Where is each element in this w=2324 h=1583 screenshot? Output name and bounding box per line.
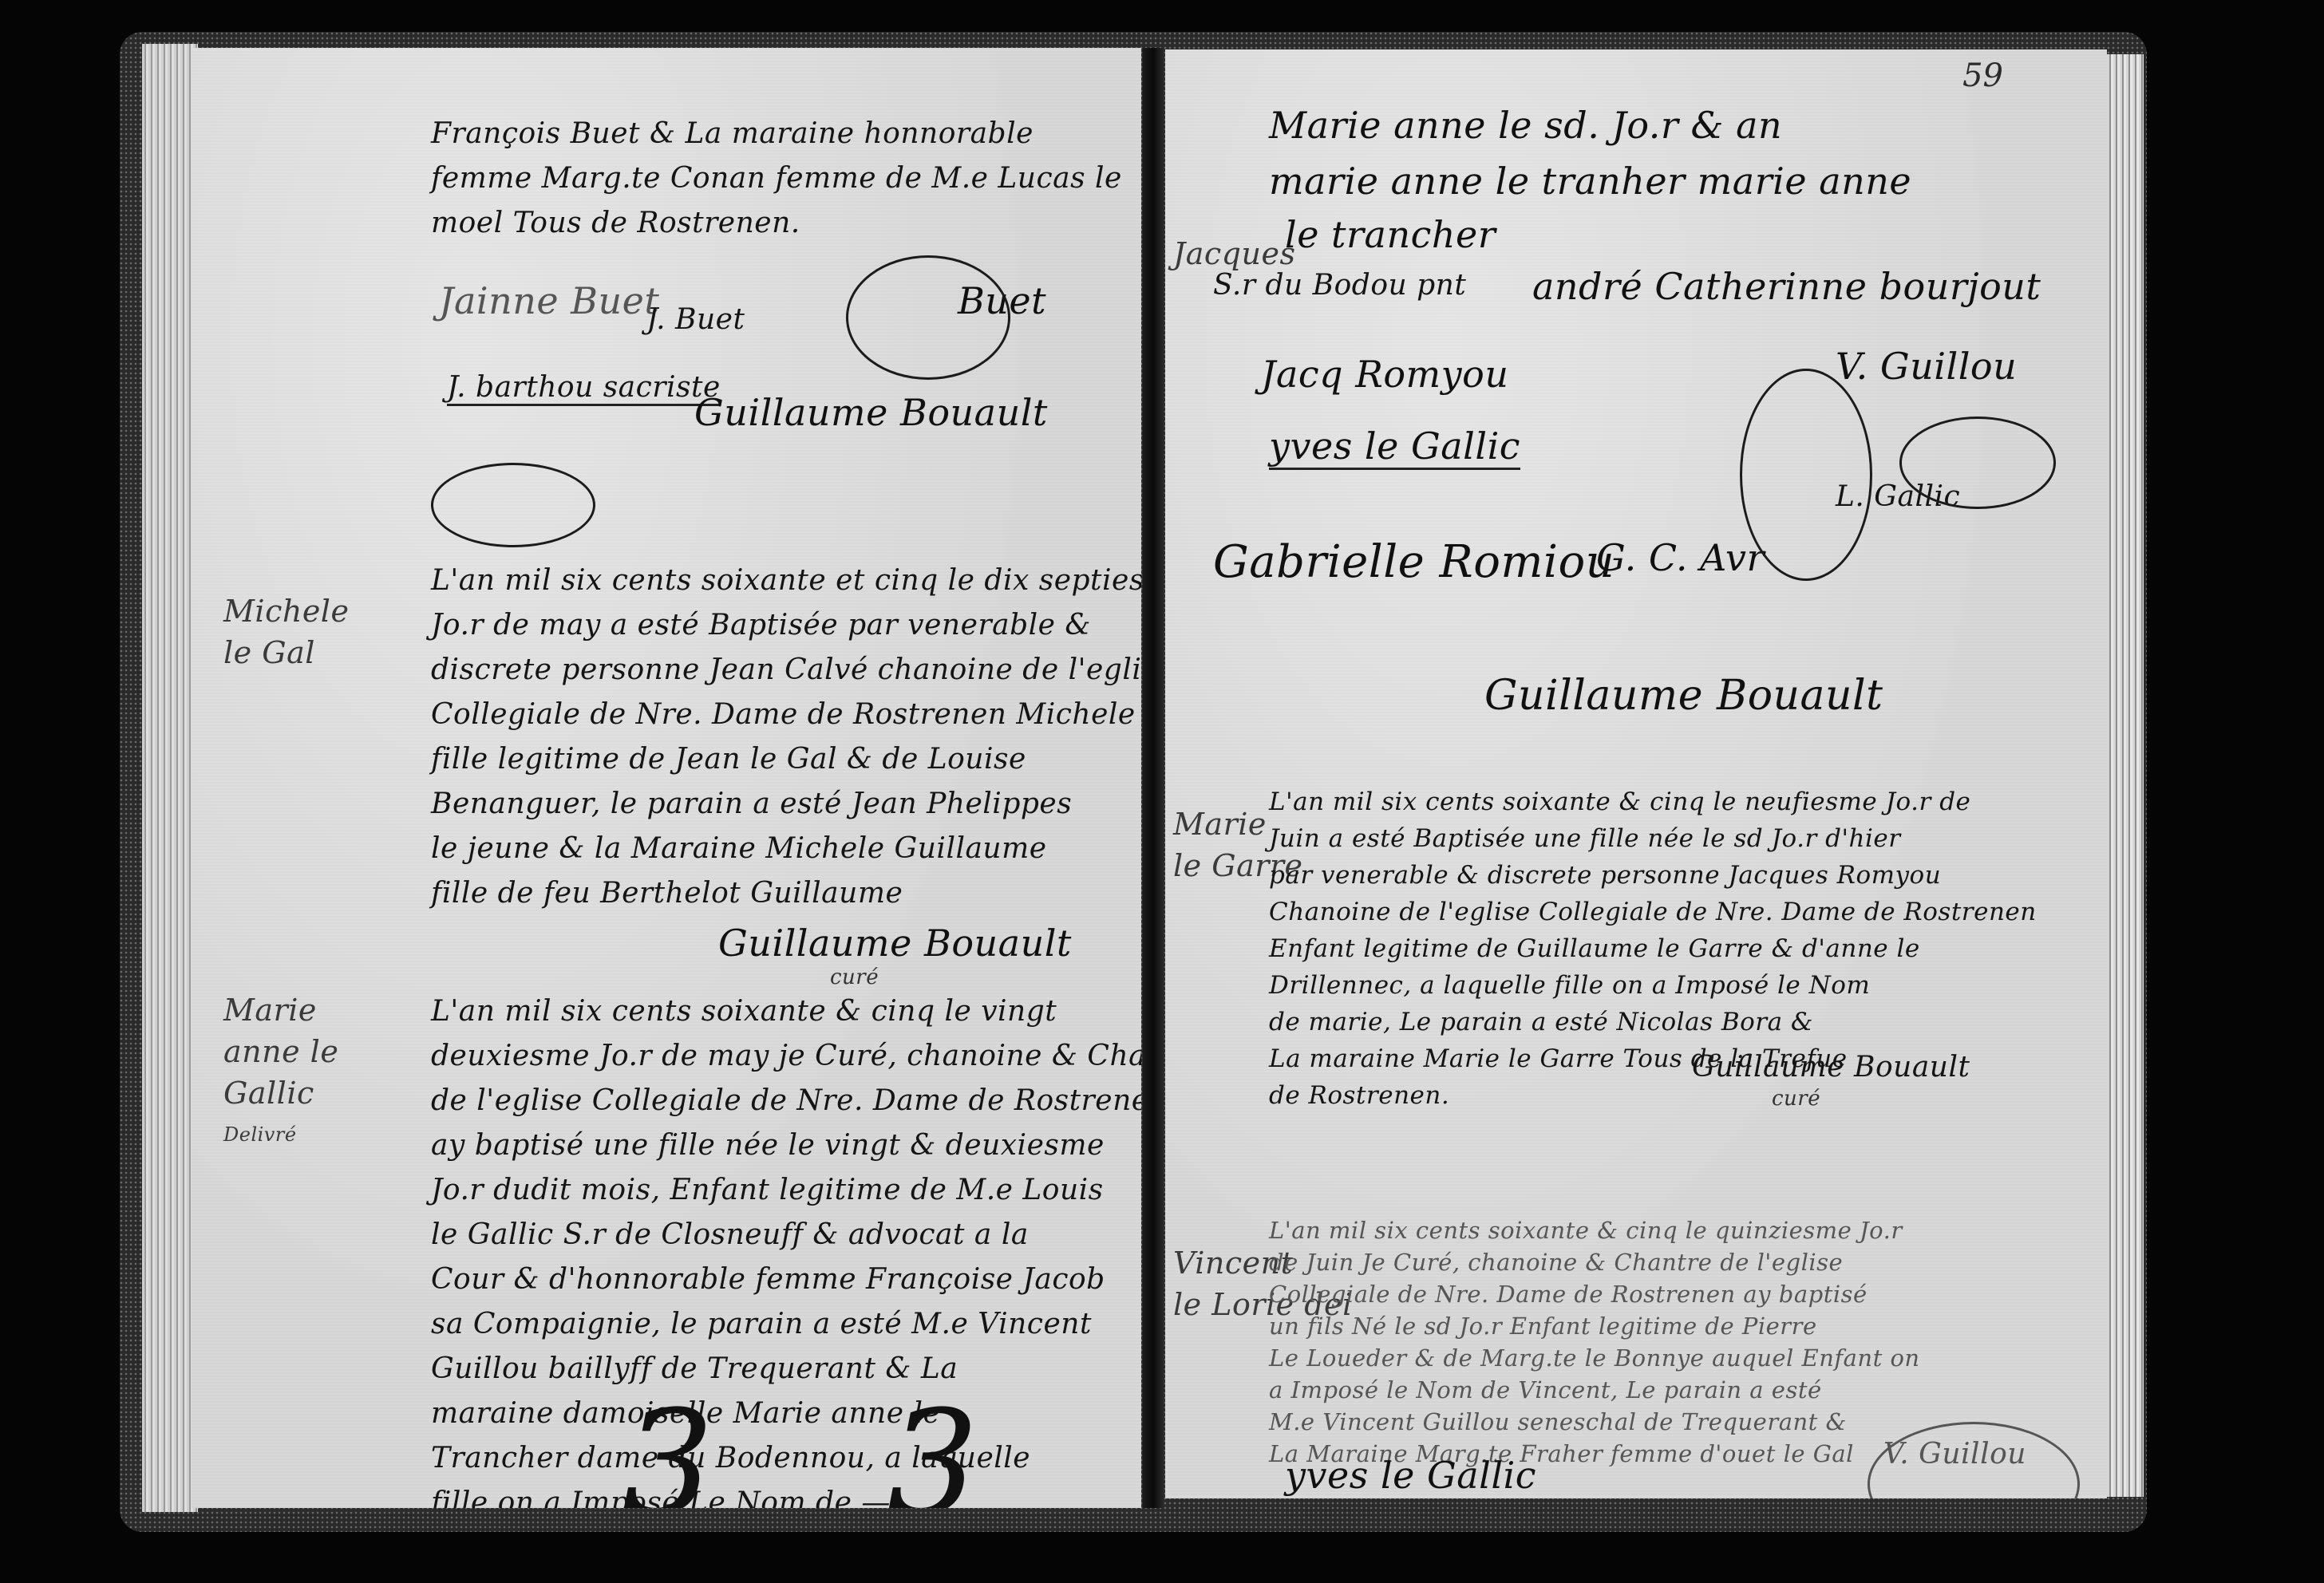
signature: G. C. Avr bbox=[1596, 536, 1765, 579]
manuscript-line: fille legitime de Jean le Gal & de Louis… bbox=[431, 737, 1141, 782]
signature-flourish bbox=[1740, 369, 1872, 581]
left-page-edges bbox=[142, 44, 198, 1512]
manuscript-line: sa Compaignie, le parain a esté M.e Vinc… bbox=[431, 1302, 1141, 1347]
signature-title: curé bbox=[830, 965, 879, 989]
baptism-entry-vincent-le-loueder: L'an mil six cents soixante & cinq le qu… bbox=[1269, 1214, 1920, 1470]
manuscript-line: femme Marg.te Conan femme de M.e Lucas l… bbox=[431, 156, 1122, 201]
signature: V. Guillou bbox=[1836, 345, 2017, 388]
signature: J. Buet bbox=[646, 303, 745, 336]
manuscript-line: de Juin Je Curé, chanoine & Chantre de l… bbox=[1269, 1246, 1920, 1278]
margin-name-line: le Gal bbox=[223, 632, 349, 673]
page-number: 59 bbox=[1962, 57, 2003, 94]
margin-name-line: anne le bbox=[223, 1031, 338, 1072]
manuscript-line: le Gallic S.r de Closneuff & advocat a l… bbox=[431, 1213, 1141, 1257]
priest-signature: Guillaume Bouault bbox=[1692, 1051, 1970, 1084]
manuscript-line: Jo.r dudit mois, Enfant legitime de M.e … bbox=[431, 1168, 1141, 1213]
manuscript-line: Chanoine de l'eglise Collegiale de Nre. … bbox=[1269, 894, 2037, 930]
manuscript-line: M.e Vincent Guillou seneschal de Trequer… bbox=[1269, 1406, 1920, 1438]
signature: andré Catherinne bourjout bbox=[1532, 265, 2041, 308]
manuscript-line: Benanguer, le parain a esté Jean Phelipp… bbox=[431, 782, 1141, 827]
manuscript-line: marie anne le tranher marie anne bbox=[1269, 153, 1911, 209]
manuscript-line: fille de feu Berthelot Guillaume bbox=[431, 871, 1141, 916]
manuscript-line: L'an mil six cents soixante & cinq le ne… bbox=[1269, 784, 2037, 820]
manuscript-line: Drillennec, a laquelle fille on a Imposé… bbox=[1269, 967, 2037, 1004]
signature: Gabrielle Romiou bbox=[1213, 536, 1615, 588]
closing-marks: 3 3 bbox=[622, 1380, 1042, 1508]
manuscript-line: a Imposé le Nom de Vincent, Le parain a … bbox=[1269, 1374, 1920, 1406]
margin-name-line: Michele bbox=[223, 590, 349, 632]
margin-name-line: Marie bbox=[223, 989, 338, 1031]
left-page: François Buet & La maraine honnorable fe… bbox=[192, 48, 1141, 1508]
margin-name: Michele le Gal bbox=[223, 590, 349, 673]
manuscript-line: Cour & d'honnorable femme Françoise Jaco… bbox=[431, 1257, 1141, 1302]
signature: Jainne Buet bbox=[439, 279, 659, 322]
manuscript-line: ay baptisé une fille née le vingt & deux… bbox=[431, 1123, 1141, 1168]
margin-name-line: Gallic bbox=[223, 1072, 338, 1114]
signature: J. barthou sacriste bbox=[447, 371, 721, 406]
margin-annotation: Delivré bbox=[223, 1114, 338, 1155]
signature: le trancher bbox=[1285, 213, 1496, 256]
signature: yves le Gallic bbox=[1285, 1454, 1536, 1497]
manuscript-line: moel Tous de Rostrenen. bbox=[431, 201, 1122, 246]
manuscript-line: Marie anne le sd. Jo.r & an bbox=[1269, 97, 1911, 153]
presiding-priest-signature: Guillaume Bouault bbox=[1484, 672, 1883, 720]
right-page-edges bbox=[2107, 54, 2144, 1497]
manuscript-line: Juin a esté Baptisée une fille née le sd… bbox=[1269, 820, 2037, 857]
manuscript-line: L'an mil six cents soixante & cinq le vi… bbox=[431, 989, 1141, 1034]
signature-title: curé bbox=[1772, 1087, 1820, 1111]
manuscript-line: Le Loueder & de Marg.te le Bonnye auquel… bbox=[1269, 1342, 1920, 1374]
manuscript-line: Enfant legitime de Guillaume le Garre & … bbox=[1269, 930, 2037, 967]
signature: yves le Gallic bbox=[1269, 424, 1520, 470]
right-top-entry-continuation: Marie anne le sd. Jo.r & an marie anne l… bbox=[1269, 97, 1911, 209]
signature: Guillaume Bouault bbox=[694, 391, 1048, 434]
signature: Jacq Romyou bbox=[1261, 353, 1508, 396]
manuscript-line: Jo.r de may a esté Baptisée par venerabl… bbox=[431, 603, 1141, 648]
manuscript-line: Collegiale de Nre. Dame de Rostrenen Mic… bbox=[431, 693, 1141, 737]
book-gutter bbox=[1143, 48, 1164, 1508]
right-page: 59 Marie anne le sd. Jo.r & an marie ann… bbox=[1165, 49, 2107, 1498]
manuscript-line: par venerable & discrete personne Jacque… bbox=[1269, 857, 2037, 894]
manuscript-line: de l'eglise Collegiale de Nre. Dame de R… bbox=[431, 1079, 1141, 1123]
left-top-entry-continuation: François Buet & La maraine honnorable fe… bbox=[431, 112, 1122, 246]
manuscript-line: le jeune & la Maraine Michele Guillaume bbox=[431, 827, 1141, 871]
manuscript-line: un fils Né le sd Jo.r Enfant legitime de… bbox=[1269, 1310, 1920, 1342]
signature: S.r du Bodou pnt bbox=[1213, 269, 1466, 302]
manuscript-line: L'an mil six cents soixante et cinq le d… bbox=[431, 559, 1141, 603]
manuscript-line: de marie, Le parain a esté Nicolas Bora … bbox=[1269, 1004, 2037, 1040]
signature-flourish bbox=[846, 255, 1010, 380]
priest-signature: Guillaume Bouault bbox=[718, 922, 1072, 965]
manuscript-line: François Buet & La maraine honnorable bbox=[431, 112, 1122, 156]
manuscript-line: deuxiesme Jo.r de may je Curé, chanoine … bbox=[431, 1034, 1141, 1079]
signature-flourish bbox=[1899, 416, 2056, 509]
margin-name: Marie anne le Gallic Delivré bbox=[223, 989, 338, 1155]
manuscript-line: discrete personne Jean Calvé chanoine de… bbox=[431, 648, 1141, 693]
baptism-entry-michele-le-gal: L'an mil six cents soixante et cinq le d… bbox=[431, 559, 1141, 916]
signature-flourish bbox=[431, 463, 595, 547]
manuscript-line: L'an mil six cents soixante & cinq le qu… bbox=[1269, 1214, 1920, 1246]
manuscript-line: Collegiale de Nre. Dame de Rostrenen ay … bbox=[1269, 1278, 1920, 1310]
